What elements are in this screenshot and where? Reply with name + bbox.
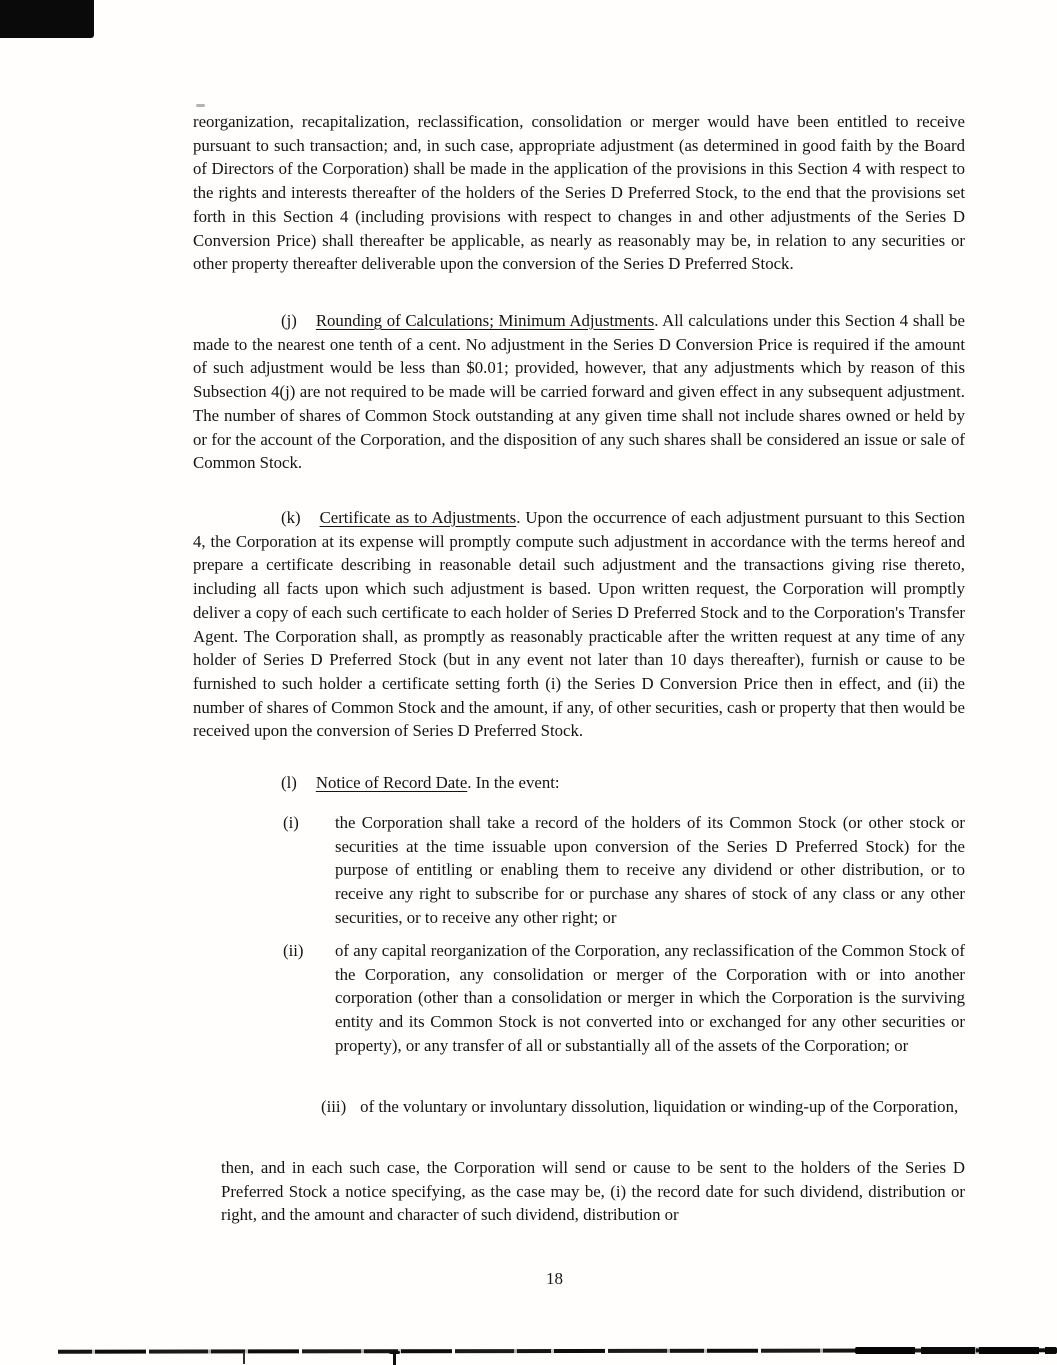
scan-bottom-edge-line-right — [855, 1347, 1057, 1354]
list-item-i-text: the Corporation shall take a record of t… — [335, 813, 965, 927]
page-number: 18 — [546, 1269, 563, 1289]
intro-paragraph-text: reorganization, recapitalization, reclas… — [193, 112, 965, 273]
section-j-paragraph: (j)Rounding of Calculations; Minimum Adj… — [193, 309, 965, 475]
section-k-label: (k) — [237, 506, 301, 530]
closing-paragraph: then, and in each such case, the Corpora… — [221, 1156, 965, 1227]
section-j-body: . All calculations under this Section 4 … — [193, 311, 965, 472]
scan-corner-artifact — [0, 0, 94, 38]
list-item-ii-text: of any capital reorganization of the Cor… — [335, 941, 965, 1055]
section-j-heading: Rounding of Calculations; Minimum Adjust… — [316, 311, 654, 330]
list-item-ii: (ii)of any capital reorganization of the… — [335, 939, 965, 1058]
section-l-body: . In the event: — [467, 773, 559, 792]
scan-tick-mark-right-cap — [389, 1351, 400, 1354]
section-l-paragraph: (l)Notice of Record Date. In the event: — [193, 771, 965, 795]
list-item-iii-label: (iii) — [283, 1095, 346, 1119]
section-k-paragraph: (k)Certificate as to Adjustments. Upon t… — [193, 506, 965, 743]
list-item-ii-label: (ii) — [283, 939, 304, 963]
section-k-heading: Certificate as to Adjustments — [320, 508, 517, 527]
section-j-label: (j) — [237, 309, 297, 333]
section-k-body: . Upon the occurrence of each adjustment… — [193, 508, 965, 740]
list-item-i-label: (i) — [283, 811, 299, 835]
closing-paragraph-text: then, and in each such case, the Corpora… — [221, 1158, 965, 1224]
section-l-heading: Notice of Record Date — [316, 773, 467, 792]
scan-speck-artifact — [196, 104, 205, 107]
list-item-iii: (iii)of the voluntary or involuntary dis… — [245, 1095, 965, 1119]
list-item-i: (i)the Corporation shall take a record o… — [335, 811, 965, 930]
list-item-iii-text: of the voluntary or involuntary dissolut… — [360, 1097, 958, 1116]
scan-tick-mark-left — [243, 1352, 245, 1364]
section-l-label: (l) — [237, 771, 297, 795]
document-page: reorganization, recapitalization, reclas… — [0, 0, 1057, 1365]
intro-paragraph: reorganization, recapitalization, reclas… — [193, 110, 965, 276]
